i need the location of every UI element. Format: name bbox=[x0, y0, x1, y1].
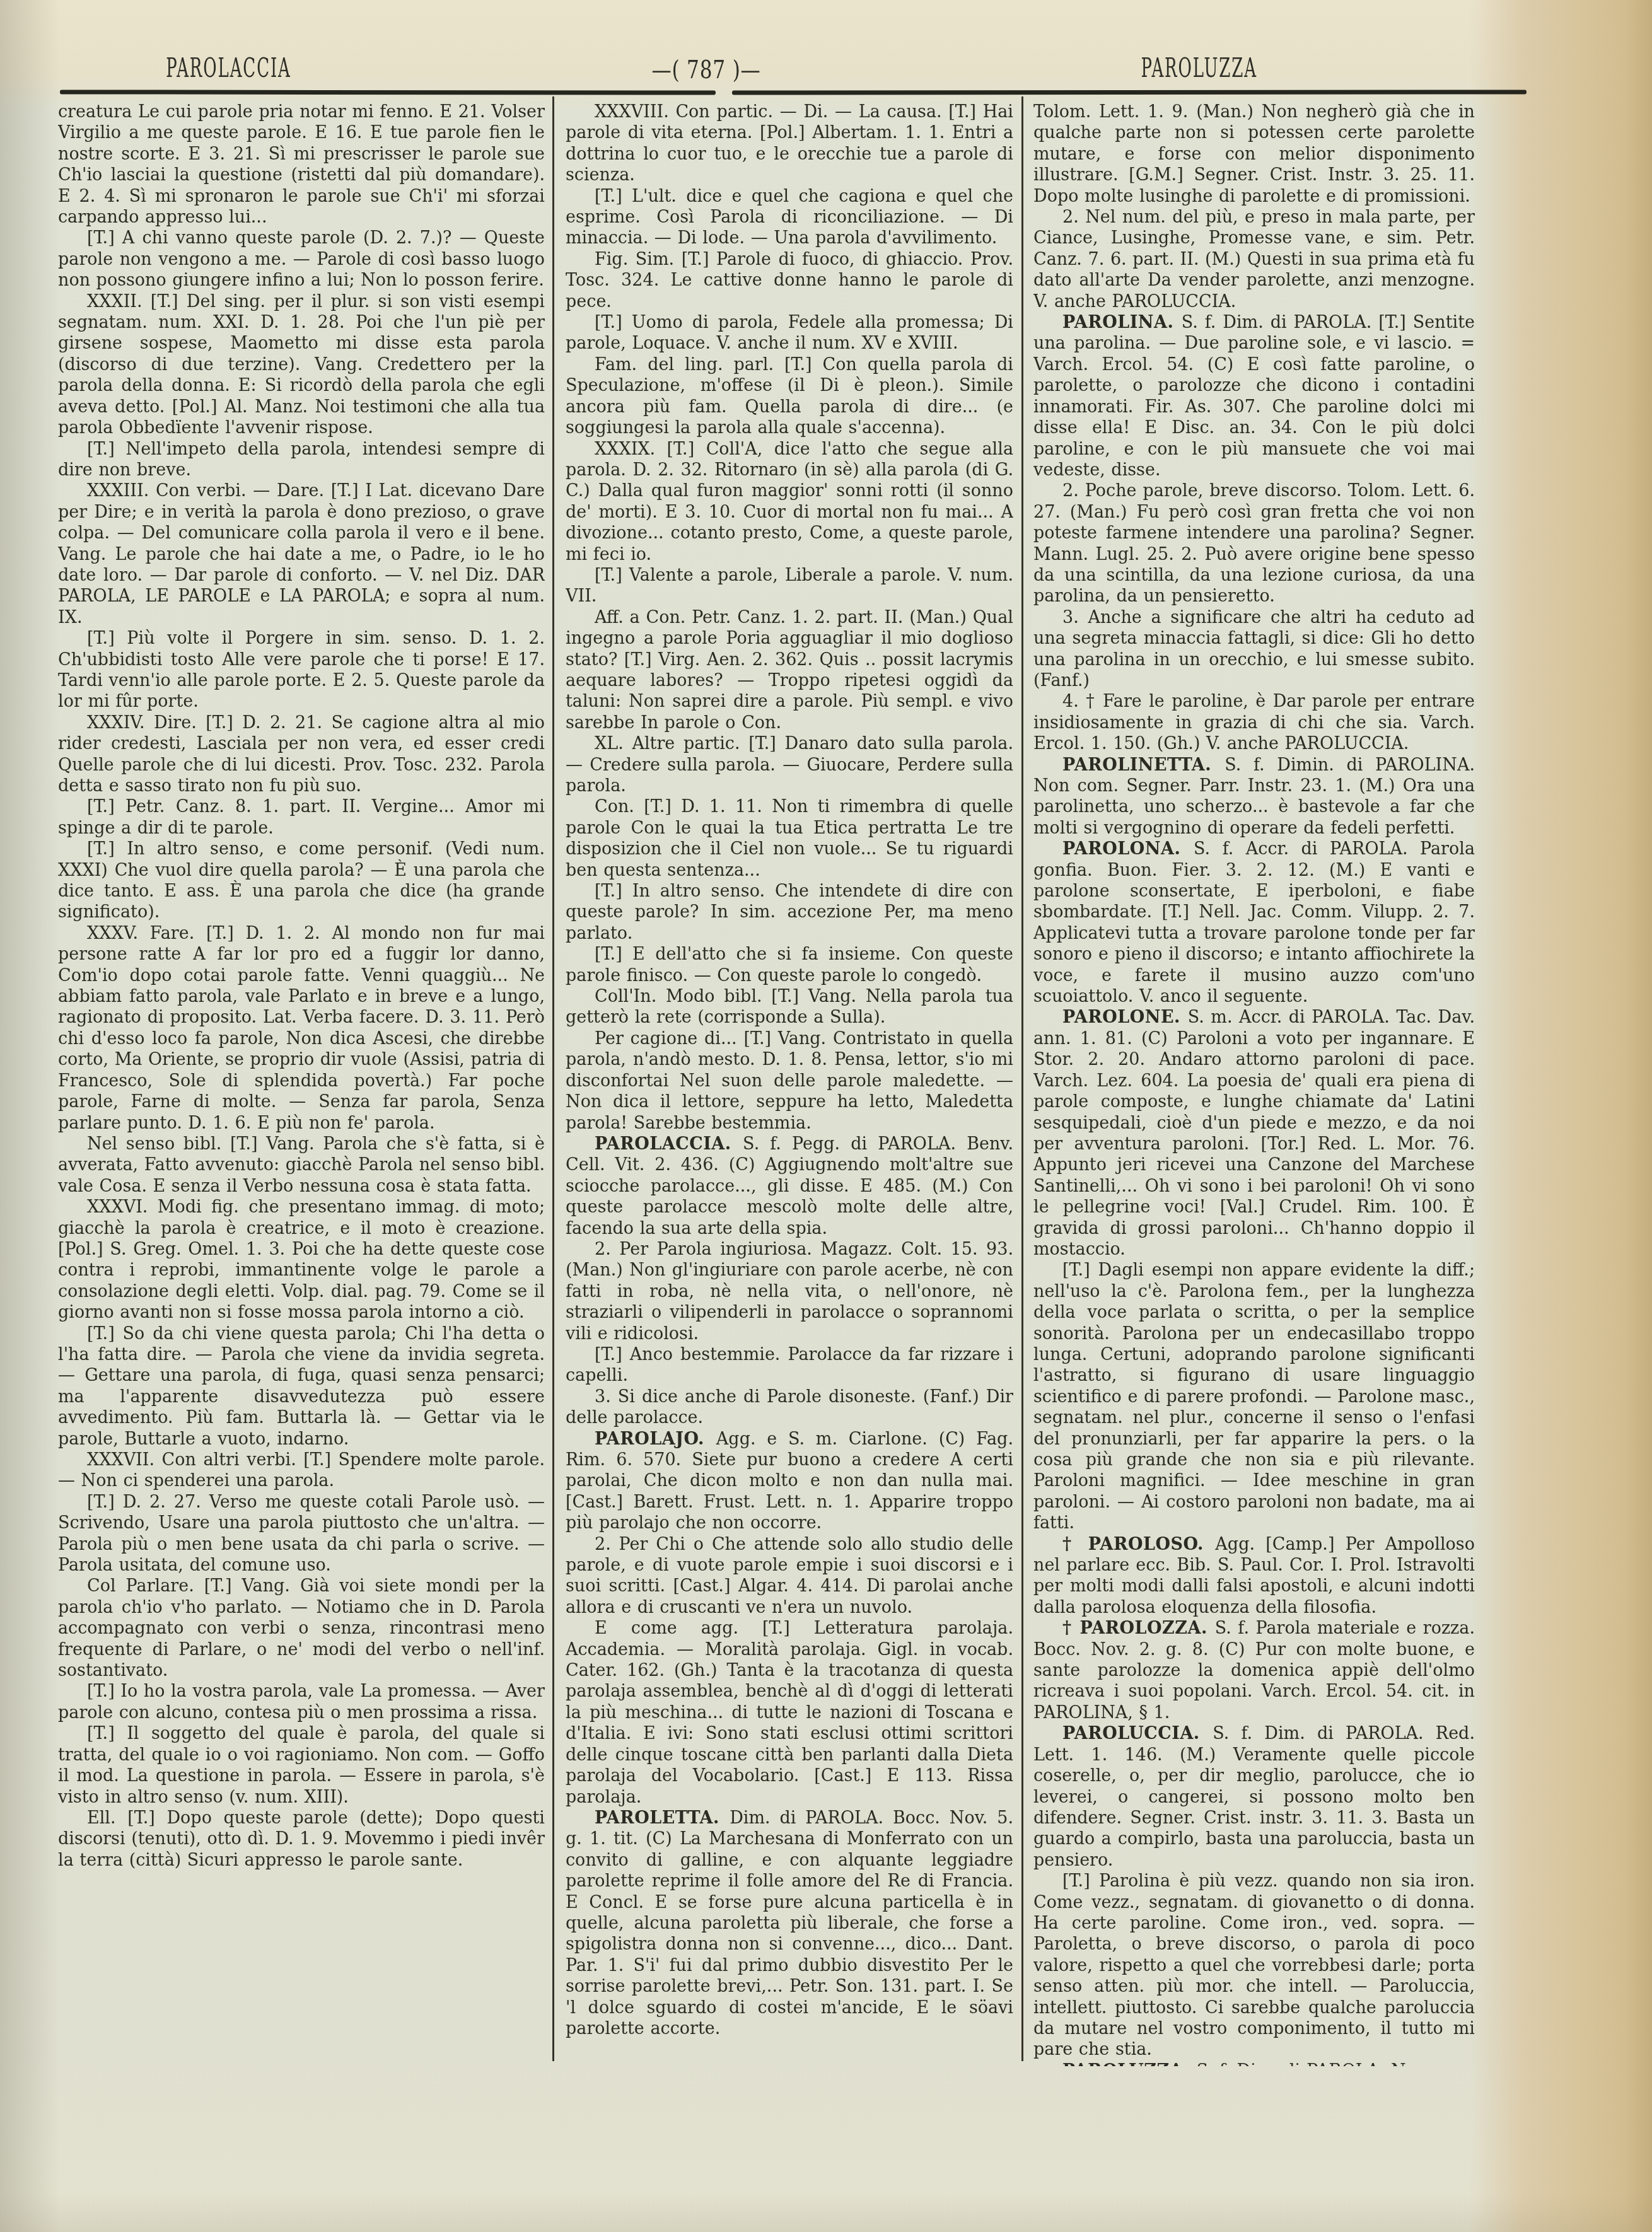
running-head-left: PAROLACCIA bbox=[166, 53, 276, 83]
paragraph: Coll'In. Modo bibl. [T.] Vang. Nella par… bbox=[566, 986, 1013, 1028]
entry-paragraph: PAROLUZZA. S. f. Dim. di PAROLA. Non com… bbox=[1033, 2061, 1475, 2066]
entry-headword: PAROLONE. bbox=[1062, 1008, 1188, 1027]
page-number: —( 787 )— bbox=[643, 55, 771, 84]
paragraph: Col Parlare. [T.] Vang. Già voi siete mo… bbox=[58, 1576, 545, 1681]
paragraph: XXXIV. Dire. [T.] D. 2. 21. Se cagione a… bbox=[58, 712, 545, 797]
paragraph: [T.] Anco bestemmie. Parolacce da far ri… bbox=[566, 1344, 1013, 1386]
paragraph: [T.] L'ult. dice e quel che cagiona e qu… bbox=[566, 186, 1013, 249]
entry-headword: PAROLAJO. bbox=[595, 1429, 716, 1449]
paragraph: [T.] Petr. Canz. 8. 1. part. II. Vergine… bbox=[58, 796, 545, 839]
entry-paragraph: PAROLACCIA. S. f. Pegg. di PAROLA. Benv.… bbox=[566, 1134, 1013, 1239]
paragraph: [T.] Parolina è più vezz. quando non sia… bbox=[1033, 1871, 1475, 2061]
column-divider-2 bbox=[1021, 96, 1023, 2061]
paragraph: XXXV. Fare. [T.] D. 1. 2. Al mondo non f… bbox=[58, 923, 545, 1134]
paragraph: [T.] Più volte il Porgere in sim. senso.… bbox=[58, 628, 545, 712]
entry-headword: † PAROLOZZA. bbox=[1062, 1619, 1215, 1638]
paragraph: Fam. del ling. parl. [T.] Con quella par… bbox=[566, 354, 1013, 439]
paragraph: XXXII. [T.] Del sing. per il plur. si so… bbox=[58, 291, 545, 439]
paragraph: [T.] Dagli esempi non appare evidente la… bbox=[1033, 1260, 1475, 1533]
paragraph: 3. Anche a significare che altri ha cedu… bbox=[1033, 607, 1475, 692]
paragraph: Aff. a Con. Petr. Canz. 1. 2. part. II. … bbox=[566, 607, 1013, 733]
paragraph: 2. Poche parole, breve discorso. Tolom. … bbox=[1033, 480, 1475, 607]
paragraph: XXXIX. [T.] Coll'A, dice l'atto che segu… bbox=[566, 439, 1013, 565]
paragraph: XXXIII. Con verbi. — Dare. [T.] I Lat. d… bbox=[58, 480, 545, 628]
entry-headword: PAROLUZZA. bbox=[1062, 2061, 1197, 2066]
paragraph: 4. † Fare le paroline, è Dar parole per … bbox=[1033, 691, 1475, 754]
paragraph: XXXVI. Modi fig. che presentano immag. d… bbox=[58, 1197, 545, 1323]
dictionary-page: PAROLACCIA —( 787 )— PAROLUZZA creatura … bbox=[0, 0, 1652, 2232]
entry-paragraph: PAROLINETTA. S. f. Dimin. di PAROLINA. N… bbox=[1033, 755, 1475, 839]
page-right-edge bbox=[1469, 0, 1652, 2232]
paragraph: Fig. Sim. [T.] Parole di fuoco, di ghiac… bbox=[566, 249, 1013, 312]
entry-headword: PAROLINA. bbox=[1062, 313, 1182, 332]
entry-headword: PAROLINETTA. bbox=[1062, 755, 1224, 775]
entry-paragraph: PAROLAJO. Agg. e S. m. Ciarlone. (C) Fag… bbox=[566, 1429, 1013, 1534]
paragraph: Ell. [T.] Dopo queste parole (dette); Do… bbox=[58, 1808, 545, 1871]
page-left-edge-shadow bbox=[0, 0, 60, 2232]
paragraph: [T.] E dell'atto che si fa insieme. Con … bbox=[566, 944, 1013, 986]
entry-headword: PAROLETTA. bbox=[595, 1808, 730, 1828]
page-bottom-edge-shadow bbox=[0, 2194, 1652, 2232]
paragraph: Per cagione di... [T.] Vang. Contristato… bbox=[566, 1028, 1013, 1134]
entry-headword: PAROLUCCIA. bbox=[1062, 1724, 1213, 1743]
entry-paragraph: PAROLONE. S. m. Accr. di PAROLA. Tac. Da… bbox=[1033, 1007, 1475, 1260]
paragraph: 2. Nel num. del più, e preso in mala par… bbox=[1033, 207, 1475, 312]
paragraph: [T.] Il soggetto del quale è parola, del… bbox=[58, 1723, 545, 1808]
header-rule-right bbox=[732, 90, 1527, 95]
column-divider-1 bbox=[552, 96, 554, 2061]
entry-headword: † PAROLOSO. bbox=[1062, 1535, 1215, 1554]
paragraph: XXXVIII. Con partic. — Di. — La causa. [… bbox=[566, 102, 1013, 186]
paragraph: 3. Si dice anche di Parole disoneste. (F… bbox=[566, 1386, 1013, 1429]
header-rule-left bbox=[60, 90, 716, 95]
paragraph: [T.] In altro senso. Che intendete di di… bbox=[566, 881, 1013, 944]
paragraph: Nel senso bibl. [T.] Vang. Parola che s'… bbox=[58, 1134, 545, 1197]
paragraph: [T.] In altro senso, e come personif. (V… bbox=[58, 839, 545, 923]
paragraph: [T.] A chi vanno queste parole (D. 2. 7.… bbox=[58, 228, 545, 291]
paragraph: XL. Altre partic. [T.] Danaro dato sulla… bbox=[566, 733, 1013, 796]
paragraph: [T.] So da chi viene questa parola; Chi … bbox=[58, 1323, 545, 1450]
entry-paragraph: † PAROLOZZA. S. f. Parola materiale e ro… bbox=[1033, 1618, 1475, 1723]
paragraph: [T.] Nell'impeto della parola, intendesi… bbox=[58, 439, 545, 481]
paragraph: [T.] Uomo di parola, Fedele alla promess… bbox=[566, 312, 1013, 354]
entry-paragraph: PAROLONA. S. f. Accr. di PAROLA. Parola … bbox=[1033, 839, 1475, 1007]
text-column-3: Tolom. Lett. 1. 9. (Man.) Non negherò gi… bbox=[1033, 102, 1475, 2066]
paragraph: XXXVII. Con altri verbi. [T.] Spendere m… bbox=[58, 1450, 545, 1492]
text-column-2: XXXVIII. Con partic. — Di. — La causa. [… bbox=[566, 102, 1013, 2066]
paragraph: Tolom. Lett. 1. 9. (Man.) Non negherò gi… bbox=[1033, 102, 1475, 207]
paragraph: [T.] Io ho la vostra parola, vale La pro… bbox=[58, 1681, 545, 1723]
paragraph: E come agg. [T.] Letteratura parolaja. A… bbox=[566, 1618, 1013, 1808]
text-column-1: creatura Le cui parole pria notar mi fen… bbox=[58, 102, 545, 2066]
paragraph: 2. Per Chi o Che attende solo allo studi… bbox=[566, 1534, 1013, 1619]
running-head-right: PAROLUZZA bbox=[1141, 53, 1242, 83]
paragraph: Con. [T.] D. 1. 11. Non ti rimembra di q… bbox=[566, 796, 1013, 881]
entry-paragraph: PAROLUCCIA. S. f. Dim. di PAROLA. Red. L… bbox=[1033, 1723, 1475, 1871]
entry-headword: PAROLONA. bbox=[1062, 839, 1194, 859]
entry-paragraph: PAROLETTA. Dim. di PAROLA. Bocc. Nov. 5.… bbox=[566, 1808, 1013, 2039]
entry-paragraph: PAROLINA. S. f. Dim. di PAROLA. [T.] Sen… bbox=[1033, 312, 1475, 480]
entry-headword: PAROLACCIA. bbox=[595, 1134, 743, 1154]
paragraph: 2. Per Parola ingiuriosa. Magazz. Colt. … bbox=[566, 1239, 1013, 1344]
paragraph: [T.] Valente a parole, Liberale a parole… bbox=[566, 565, 1013, 607]
entry-paragraph: † PAROLOSO. Agg. [Camp.] Per Ampolloso n… bbox=[1033, 1534, 1475, 1619]
paragraph: creatura Le cui parole pria notar mi fen… bbox=[58, 102, 545, 228]
paragraph: [T.] D. 2. 27. Verso me queste cotali Pa… bbox=[58, 1492, 545, 1576]
